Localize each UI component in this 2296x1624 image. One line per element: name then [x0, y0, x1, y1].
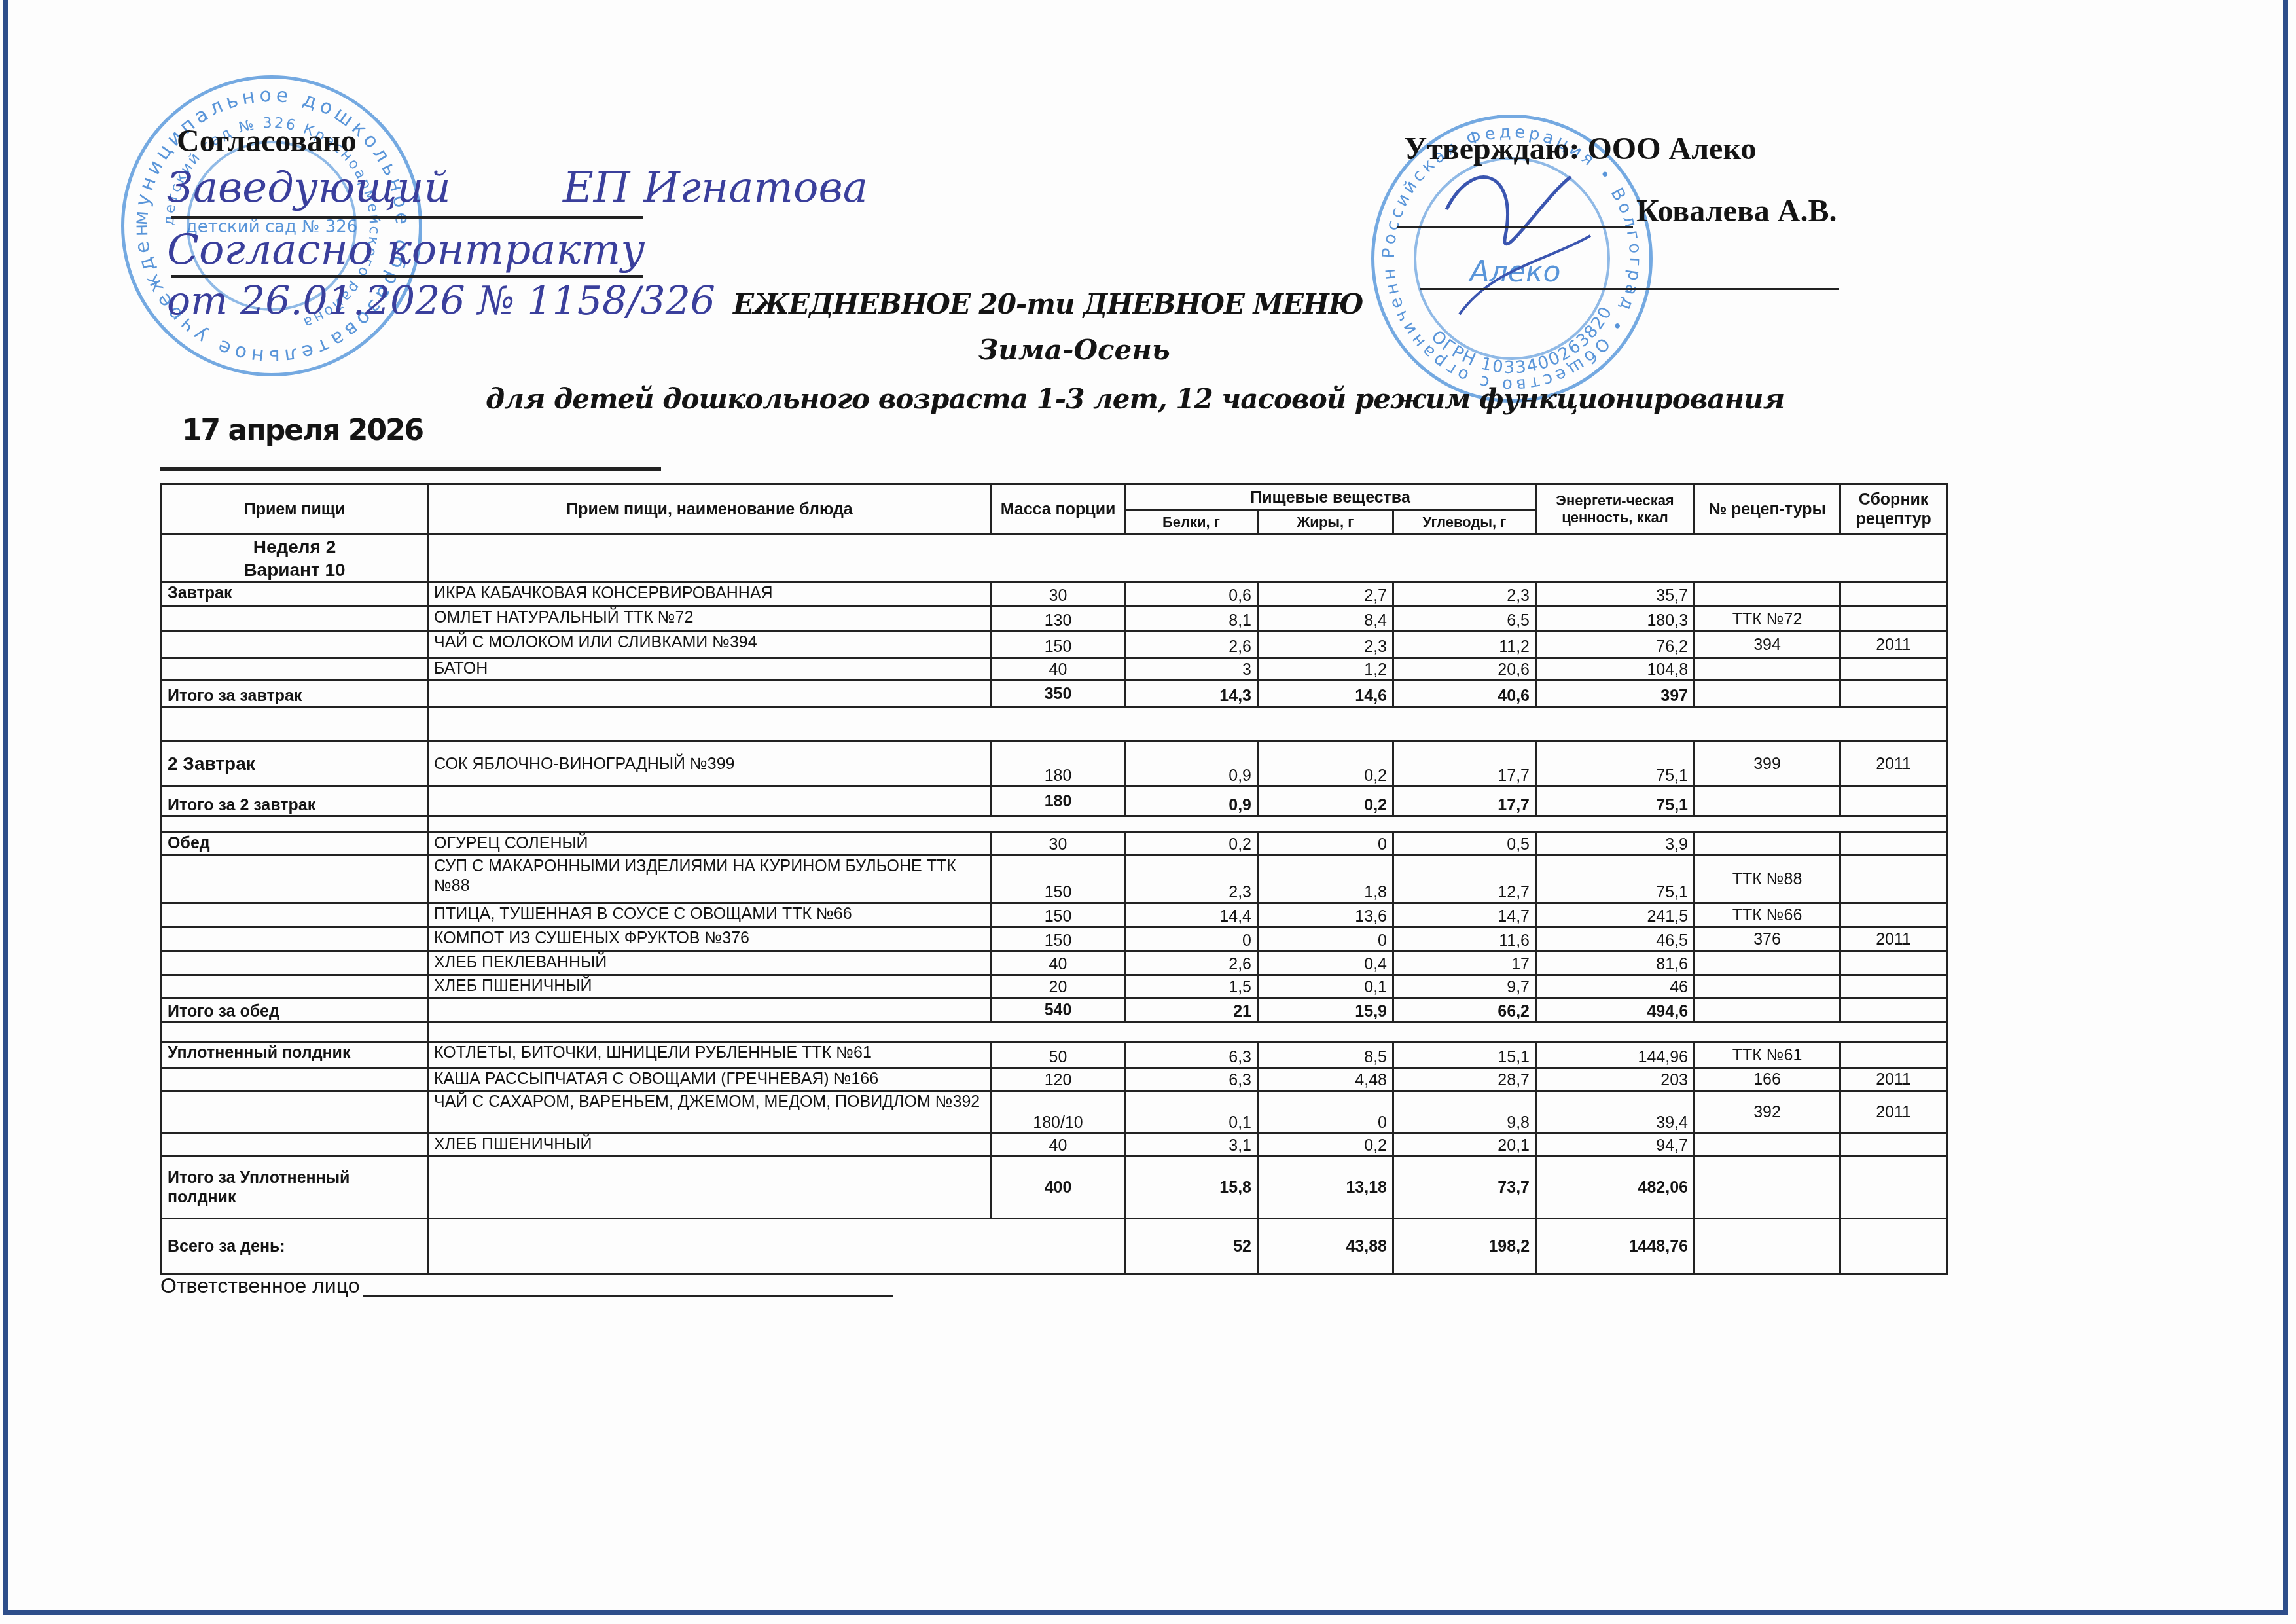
- dish-energy: 39,4: [1536, 1091, 1695, 1134]
- dish-recipe-no: [1695, 1134, 1840, 1157]
- dish-collection: [1840, 1134, 1947, 1157]
- dish-recipe-no: 392: [1695, 1091, 1840, 1134]
- table-row: ХЛЕБ ПШЕНИЧНЫЙ201,50,19,746: [162, 975, 1947, 998]
- total-collection-empty: [1840, 998, 1947, 1022]
- dish-mass: 20: [992, 975, 1125, 998]
- table-row: СУП С МАКАРОННЫМИ ИЗДЕЛИЯМИ НА КУРИНОМ Б…: [162, 856, 1947, 903]
- total-energy: 397: [1536, 681, 1695, 707]
- dish-recipe-no: 166: [1695, 1068, 1840, 1091]
- meal-name: Обед: [162, 833, 428, 856]
- meal-empty: [162, 856, 428, 903]
- meal-name: Завтрак: [162, 583, 428, 607]
- dish-recipe-no: 376: [1695, 928, 1840, 952]
- dish-protein: 0,9: [1125, 741, 1258, 787]
- dish-name: ЧАЙ С МОЛОКОМ ИЛИ СЛИВКАМИ №394: [428, 632, 992, 658]
- dish-fat: 0: [1258, 1091, 1393, 1134]
- dish-collection: [1840, 856, 1947, 903]
- dish-mass: 150: [992, 903, 1125, 928]
- dish-protein: 6,3: [1125, 1042, 1258, 1068]
- dish-name: ХЛЕБ ПШЕНИЧНЫЙ: [428, 975, 992, 998]
- total-empty: [428, 681, 992, 707]
- dish-carbs: 9,7: [1393, 975, 1536, 998]
- total-label: Итого за Уплотненный полдник: [162, 1157, 428, 1219]
- dish-collection: [1840, 833, 1947, 856]
- spacer-cell: [428, 707, 1947, 741]
- dish-name: ОГУРЕЦ СОЛЕНЫЙ: [428, 833, 992, 856]
- day-total-collection-empty: [1840, 1219, 1947, 1274]
- dish-name: КАША РАССЫПЧАТАЯ С ОВОЩАМИ (ГРЕЧНЕВАЯ) №…: [428, 1068, 992, 1091]
- total-row: Итого за обед5402115,966,2494,6: [162, 998, 1947, 1022]
- header-recipe-no: № рецеп-туры: [1695, 484, 1840, 535]
- menu-title: ЕЖЕДНЕВНОЕ 20-ти ДНЕВНОЕ МЕНЮ: [733, 288, 1363, 320]
- dish-name: ЧАЙ С САХАРОМ, ВАРЕНЬЕМ, ДЖЕМОМ, МЕДОМ, …: [428, 1091, 992, 1134]
- responsible-signature-line: [363, 1295, 893, 1297]
- signature-line-2: [171, 275, 643, 278]
- dish-name: ХЛЕБ ПШЕНИЧНЫЙ: [428, 1134, 992, 1157]
- total-mass: 180: [992, 787, 1125, 816]
- dish-protein: 14,4: [1125, 903, 1258, 928]
- spacer-cell: [428, 1022, 1947, 1042]
- table-row: ОбедОГУРЕЦ СОЛЕНЫЙ300,200,53,9: [162, 833, 1947, 856]
- total-energy: 75,1: [1536, 787, 1695, 816]
- handwritten-position: Заведующий: [167, 164, 451, 212]
- table-row: 2 ЗавтракСОК ЯБЛОЧНО-ВИНОГРАДНЫЙ №399180…: [162, 741, 1947, 787]
- dish-mass: 150: [992, 856, 1125, 903]
- total-recipe-empty: [1695, 1157, 1840, 1219]
- dish-fat: 8,4: [1258, 607, 1393, 632]
- dish-fat: 0: [1258, 928, 1393, 952]
- spacer-row: [162, 1022, 1947, 1042]
- dish-energy: 46: [1536, 975, 1695, 998]
- menu-table: Прием пищи Прием пищи, наименование блюд…: [160, 483, 1948, 1275]
- table-row: ЗавтракИКРА КАБАЧКОВАЯ КОНСЕРВИРОВАННАЯ3…: [162, 583, 1947, 607]
- total-collection-empty: [1840, 681, 1947, 707]
- dish-carbs: 15,1: [1393, 1042, 1536, 1068]
- dish-collection: 2011: [1840, 1068, 1947, 1091]
- dish-carbs: 6,5: [1393, 607, 1536, 632]
- dish-name: ХЛЕБ ПЕКЛЕВАННЫЙ: [428, 952, 992, 975]
- total-protein: 21: [1125, 998, 1258, 1022]
- total-mass: 400: [992, 1157, 1125, 1219]
- dish-recipe-no: ТТК №88: [1695, 856, 1840, 903]
- dish-carbs: 28,7: [1393, 1068, 1536, 1091]
- dish-carbs: 2,3: [1393, 583, 1536, 607]
- approval-right-heading: Утверждаю: ООО Алеко: [1404, 131, 1756, 167]
- dish-protein: 0,2: [1125, 833, 1258, 856]
- dish-protein: 2,6: [1125, 632, 1258, 658]
- dish-recipe-no: ТТК №66: [1695, 903, 1840, 928]
- meal-empty: [162, 975, 428, 998]
- dish-carbs: 20,6: [1393, 658, 1536, 681]
- meal-empty: [162, 928, 428, 952]
- dish-name: СУП С МАКАРОННЫМИ ИЗДЕЛИЯМИ НА КУРИНОМ Б…: [428, 856, 992, 903]
- dish-protein: 3: [1125, 658, 1258, 681]
- dish-name: СОК ЯБЛОЧНО-ВИНОГРАДНЫЙ №399: [428, 741, 992, 787]
- meal-name: 2 Завтрак: [162, 741, 428, 787]
- dish-energy: 104,8: [1536, 658, 1695, 681]
- total-mass: 350: [992, 681, 1125, 707]
- header-energy: Энергети-ческая ценность, ккал: [1536, 484, 1695, 535]
- dish-carbs: 9,8: [1393, 1091, 1536, 1134]
- dish-carbs: 14,7: [1393, 903, 1536, 928]
- dish-fat: 0: [1258, 833, 1393, 856]
- dish-mass: 40: [992, 1134, 1125, 1157]
- day-total-protein: 52: [1125, 1219, 1258, 1274]
- meal-empty: [162, 1091, 428, 1134]
- day-total-fat: 43,88: [1258, 1219, 1393, 1274]
- total-carbs: 17,7: [1393, 787, 1536, 816]
- day-total-energy: 1448,76: [1536, 1219, 1695, 1274]
- dish-energy: 144,96: [1536, 1042, 1695, 1068]
- table-row: КАША РАССЫПЧАТАЯ С ОВОЩАМИ (ГРЕЧНЕВАЯ) №…: [162, 1068, 1947, 1091]
- total-empty: [428, 998, 992, 1022]
- dish-fat: 1,2: [1258, 658, 1393, 681]
- dish-energy: 203: [1536, 1068, 1695, 1091]
- table-row: ОМЛЕТ НАТУРАЛЬНЫЙ ТТК №721308,18,46,5180…: [162, 607, 1947, 632]
- total-carbs: 73,7: [1393, 1157, 1536, 1219]
- dish-collection: [1840, 658, 1947, 681]
- dish-fat: 2,3: [1258, 632, 1393, 658]
- dish-recipe-no: [1695, 583, 1840, 607]
- dish-carbs: 11,2: [1393, 632, 1536, 658]
- header-fat: Жиры, г: [1258, 511, 1393, 535]
- table-row: ХЛЕБ ПЕКЛЕВАННЫЙ402,60,41781,6: [162, 952, 1947, 975]
- dish-fat: 0,2: [1258, 741, 1393, 787]
- dish-fat: 8,5: [1258, 1042, 1393, 1068]
- dish-collection: [1840, 607, 1947, 632]
- right-stamp-center-text: Алеко: [1468, 255, 1561, 289]
- day-total-label: Всего за день:: [162, 1219, 428, 1274]
- approver-line-2: [1420, 288, 1839, 290]
- meal-empty: [162, 607, 428, 632]
- total-empty: [428, 787, 992, 816]
- dish-recipe-no: [1695, 952, 1840, 975]
- menu-subtitle: для детей дошкольного возраста 1-3 лет, …: [486, 383, 1784, 415]
- total-energy: 482,06: [1536, 1157, 1695, 1219]
- dish-fat: 0,1: [1258, 975, 1393, 998]
- dish-mass: 150: [992, 928, 1125, 952]
- meal-empty: [162, 658, 428, 681]
- total-mass: 540: [992, 998, 1125, 1022]
- date-underline: [160, 467, 661, 471]
- week-variant-row: Неделя 2 Вариант 10: [162, 535, 1947, 583]
- dish-energy: 180,3: [1536, 607, 1695, 632]
- approval-left-heading: Согласовано: [177, 123, 357, 159]
- week-variant-cell: Неделя 2 Вариант 10: [162, 535, 428, 583]
- spacer-cell: [162, 816, 428, 833]
- approver-name: Ковалева А.В.: [1636, 193, 1837, 229]
- total-protein: 0,9: [1125, 787, 1258, 816]
- dish-mass: 30: [992, 583, 1125, 607]
- total-fat: 13,18: [1258, 1157, 1393, 1219]
- handwritten-contract: Согласно контракту: [167, 226, 645, 274]
- total-recipe-empty: [1695, 998, 1840, 1022]
- total-label: Итого за 2 завтрак: [162, 787, 428, 816]
- total-fat: 0,2: [1258, 787, 1393, 816]
- dish-mass: 180: [992, 741, 1125, 787]
- total-collection-empty: [1840, 1157, 1947, 1219]
- spacer-cell: [162, 707, 428, 741]
- dish-name: ИКРА КАБАЧКОВАЯ КОНСЕРВИРОВАННАЯ: [428, 583, 992, 607]
- dish-collection: 2011: [1840, 928, 1947, 952]
- variant-label: Вариант 10: [168, 558, 422, 581]
- dish-protein: 2,3: [1125, 856, 1258, 903]
- dish-name: ОМЛЕТ НАТУРАЛЬНЫЙ ТТК №72: [428, 607, 992, 632]
- dish-energy: 75,1: [1536, 741, 1695, 787]
- dish-energy: 81,6: [1536, 952, 1695, 975]
- meal-empty: [162, 1068, 428, 1091]
- total-recipe-empty: [1695, 681, 1840, 707]
- total-fat: 15,9: [1258, 998, 1393, 1022]
- total-empty: [428, 1157, 992, 1219]
- dish-collection: 2011: [1840, 741, 1947, 787]
- handwritten-contract-date: от 26.01.2026 № 1158/326: [167, 278, 715, 324]
- header-protein: Белки, г: [1125, 511, 1258, 535]
- table-row: Уплотненный полдникКОТЛЕТЫ, БИТОЧКИ, ШНИ…: [162, 1042, 1947, 1068]
- total-label: Итого за обед: [162, 998, 428, 1022]
- spacer-row: [162, 816, 1947, 833]
- dish-energy: 241,5: [1536, 903, 1695, 928]
- meal-empty: [162, 1134, 428, 1157]
- dish-carbs: 17,7: [1393, 741, 1536, 787]
- total-collection-empty: [1840, 787, 1947, 816]
- spacer-cell: [162, 1022, 428, 1042]
- day-total-row: Всего за день:5243,88198,21448,76: [162, 1219, 1947, 1274]
- dish-fat: 2,7: [1258, 583, 1393, 607]
- menu-season: Зима-Осень: [978, 334, 1170, 366]
- dish-protein: 0: [1125, 928, 1258, 952]
- dish-name: КОМПОТ ИЗ СУШЕНЫХ ФРУКТОВ №376: [428, 928, 992, 952]
- dish-name: ПТИЦА, ТУШЕННАЯ В СОУСЕ С ОВОЩАМИ ТТК №6…: [428, 903, 992, 928]
- table-row: ХЛЕБ ПШЕНИЧНЫЙ403,10,220,194,7: [162, 1134, 1947, 1157]
- dish-protein: 2,6: [1125, 952, 1258, 975]
- dish-collection: [1840, 583, 1947, 607]
- dish-recipe-no: 394: [1695, 632, 1840, 658]
- dish-mass: 120: [992, 1068, 1125, 1091]
- dish-protein: 6,3: [1125, 1068, 1258, 1091]
- meal-empty: [162, 952, 428, 975]
- dish-recipe-no: 399: [1695, 741, 1840, 787]
- dish-mass: 50: [992, 1042, 1125, 1068]
- dish-collection: 2011: [1840, 1091, 1947, 1134]
- approver-signature-line: [1397, 226, 1633, 228]
- dish-carbs: 0,5: [1393, 833, 1536, 856]
- dish-protein: 0,6: [1125, 583, 1258, 607]
- total-protein: 15,8: [1125, 1157, 1258, 1219]
- total-row: Итого за завтрак35014,314,640,6397: [162, 681, 1947, 707]
- dish-collection: 2011: [1840, 632, 1947, 658]
- dish-mass: 30: [992, 833, 1125, 856]
- dish-fat: 1,8: [1258, 856, 1393, 903]
- dish-energy: 76,2: [1536, 632, 1695, 658]
- total-energy: 494,6: [1536, 998, 1695, 1022]
- dish-name: БАТОН: [428, 658, 992, 681]
- dish-mass: 40: [992, 952, 1125, 975]
- meal-empty: [162, 903, 428, 928]
- dish-recipe-no: [1695, 658, 1840, 681]
- week-label: Неделя 2: [168, 535, 422, 558]
- dish-energy: 75,1: [1536, 856, 1695, 903]
- total-recipe-empty: [1695, 787, 1840, 816]
- menu-date: 17 апреля 2026: [182, 414, 423, 447]
- header-carbs: Углеводы, г: [1393, 511, 1536, 535]
- header-collection: Сборник рецептур: [1840, 484, 1947, 535]
- dish-mass: 130: [992, 607, 1125, 632]
- dish-energy: 46,5: [1536, 928, 1695, 952]
- dish-mass: 180/10: [992, 1091, 1125, 1134]
- dish-fat: 0,2: [1258, 1134, 1393, 1157]
- dish-carbs: 20,1: [1393, 1134, 1536, 1157]
- day-total-empty: [428, 1219, 1125, 1274]
- dish-fat: 13,6: [1258, 903, 1393, 928]
- dish-carbs: 11,6: [1393, 928, 1536, 952]
- dish-collection: [1840, 903, 1947, 928]
- dish-fat: 0,4: [1258, 952, 1393, 975]
- header-meal: Прием пищи: [162, 484, 428, 535]
- dish-recipe-no: [1695, 975, 1840, 998]
- dish-protein: 3,1: [1125, 1134, 1258, 1157]
- dish-protein: 0,1: [1125, 1091, 1258, 1134]
- table-row: ПТИЦА, ТУШЕННАЯ В СОУСЕ С ОВОЩАМИ ТТК №6…: [162, 903, 1947, 928]
- dish-protein: 8,1: [1125, 607, 1258, 632]
- spacer-row: [162, 707, 1947, 741]
- dish-collection: [1840, 1042, 1947, 1068]
- signature-line-1: [171, 216, 643, 219]
- dish-recipe-no: [1695, 833, 1840, 856]
- dish-collection: [1840, 975, 1947, 998]
- header-mass: Масса порции: [992, 484, 1125, 535]
- dish-energy: 94,7: [1536, 1134, 1695, 1157]
- dish-carbs: 12,7: [1393, 856, 1536, 903]
- header-nutrients: Пищевые вещества: [1125, 484, 1536, 511]
- total-label: Итого за завтрак: [162, 681, 428, 707]
- spacer-cell: [428, 816, 1947, 833]
- total-carbs: 40,6: [1393, 681, 1536, 707]
- total-carbs: 66,2: [1393, 998, 1536, 1022]
- dish-recipe-no: ТТК №61: [1695, 1042, 1840, 1068]
- total-row: Итого за 2 завтрак1800,90,217,775,1: [162, 787, 1947, 816]
- dish-collection: [1840, 952, 1947, 975]
- dish-carbs: 17: [1393, 952, 1536, 975]
- table-row: ЧАЙ С МОЛОКОМ ИЛИ СЛИВКАМИ №3941502,62,3…: [162, 632, 1947, 658]
- table-row: ЧАЙ С САХАРОМ, ВАРЕНЬЕМ, ДЖЕМОМ, МЕДОМ, …: [162, 1091, 1947, 1134]
- day-total-carbs: 198,2: [1393, 1219, 1536, 1274]
- header-dish: Прием пищи, наименование блюда: [428, 484, 992, 535]
- dish-mass: 40: [992, 658, 1125, 681]
- meal-name: Уплотненный полдник: [162, 1042, 428, 1068]
- week-variant-empty: [428, 535, 1947, 583]
- day-total-recipe-empty: [1695, 1219, 1840, 1274]
- table-row: КОМПОТ ИЗ СУШЕНЫХ ФРУКТОВ №3761500011,64…: [162, 928, 1947, 952]
- dish-protein: 1,5: [1125, 975, 1258, 998]
- total-fat: 14,6: [1258, 681, 1393, 707]
- dish-mass: 150: [992, 632, 1125, 658]
- total-row: Итого за Уплотненный полдник40015,813,18…: [162, 1157, 1947, 1219]
- handwritten-signature: ЕП Игнатова: [563, 164, 868, 212]
- dish-energy: 3,9: [1536, 833, 1695, 856]
- dish-energy: 35,7: [1536, 583, 1695, 607]
- dish-fat: 4,48: [1258, 1068, 1393, 1091]
- dish-recipe-no: ТТК №72: [1695, 607, 1840, 632]
- responsible-label: Ответственное лицо: [160, 1274, 359, 1298]
- table-row: БАТОН4031,220,6104,8: [162, 658, 1947, 681]
- meal-empty: [162, 632, 428, 658]
- dish-name: КОТЛЕТЫ, БИТОЧКИ, ШНИЦЕЛИ РУБЛЕННЫЕ ТТК …: [428, 1042, 992, 1068]
- total-protein: 14,3: [1125, 681, 1258, 707]
